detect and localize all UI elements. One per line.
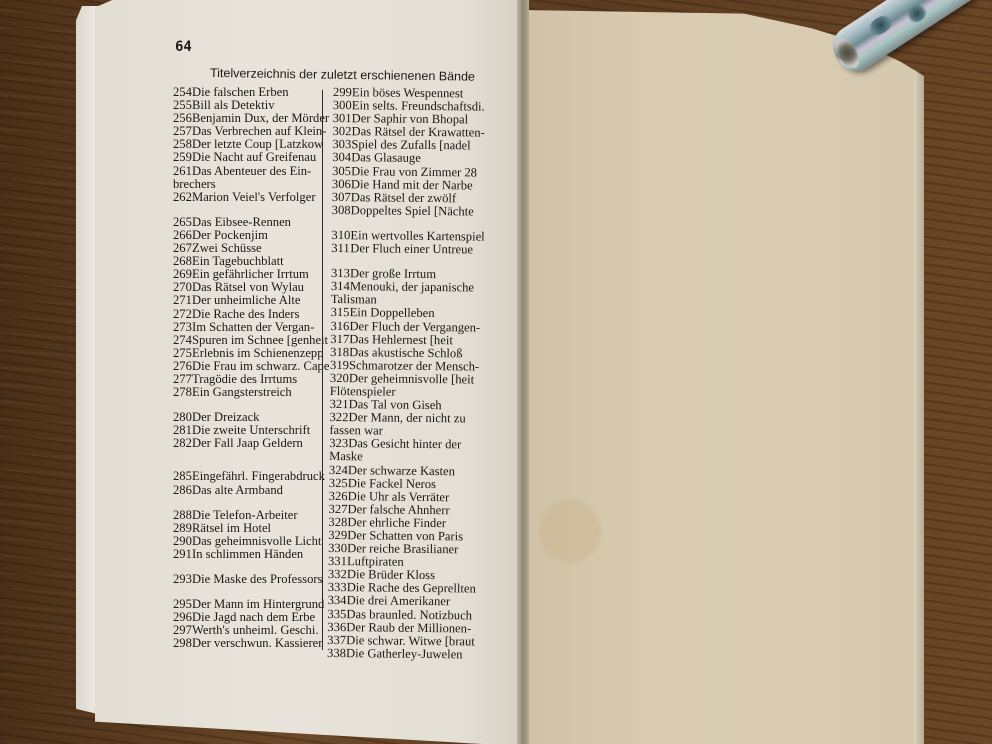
page-edge-shadow	[914, 70, 924, 744]
volume-number: 289	[173, 522, 192, 535]
right-page-blank	[524, 10, 924, 744]
volume-title: Erlebnis im Schienenzepp	[192, 347, 333, 360]
list-item: 282Der Fall Jaap Geldern	[173, 437, 333, 450]
list-item: 290Das geheimnisvolle Licht	[173, 535, 333, 548]
list-item: 298Der verschwun. Kassierer	[173, 637, 333, 650]
volume-title: Die Nacht auf Greifenau	[192, 151, 333, 164]
volume-number: 336	[327, 621, 346, 634]
volume-number: 326	[329, 490, 348, 503]
volume-number: 273	[173, 321, 192, 334]
volume-title: Das Eibsee-Rennen	[192, 216, 333, 229]
volume-number: 324	[329, 464, 348, 477]
volume-number: 275	[173, 347, 192, 360]
column-divider	[322, 90, 323, 650]
volume-title: In schlimmen Händen	[192, 548, 333, 561]
volume-title: Die Maske des Professors	[192, 573, 333, 586]
spacer	[173, 450, 333, 470]
page-number: 64	[175, 39, 192, 55]
volume-number: 306	[332, 178, 351, 191]
volume-number: 335	[327, 608, 346, 621]
list-item: 293Die Maske des Professors	[173, 573, 333, 586]
list-item: 265Das Eibsee-Rennen	[173, 216, 333, 229]
volume-number: 315	[331, 306, 350, 319]
page-stain	[538, 497, 602, 565]
volume-title: Ein Gangsterstreich	[192, 386, 333, 399]
volume-number: 271	[173, 294, 192, 307]
volume-number: 274	[173, 334, 192, 347]
title-list-left: 254Die falschen Erben255Bill als Detekti…	[173, 86, 333, 650]
volume-title: Eingefährl. Fingerabdruck	[192, 470, 333, 483]
volume-number: 286	[173, 484, 192, 497]
list-item: 278Ein Gangsterstreich	[173, 386, 333, 399]
volume-number: 338	[327, 647, 346, 660]
volume-number: 293	[173, 573, 192, 586]
volume-title: Marion Veiel's Verfolger	[192, 191, 333, 204]
list-item: 311Der Fluch einer Untreue	[331, 242, 506, 257]
open-book: 64 Titelverzeichnis der zuletzt erschien…	[0, 0, 992, 744]
list-item: 271Der unheimliche Alte	[173, 294, 333, 307]
volume-title: Der Fall Jaap Geldern	[192, 437, 333, 450]
volume-title: Das geheimnisvolle Licht	[192, 535, 333, 548]
list-item: 291In schlimmen Händen	[173, 548, 333, 561]
volume-number: 334	[328, 594, 347, 607]
shell-pattern	[903, 1, 930, 26]
volume-number: 298	[173, 637, 192, 650]
volume-number: 290	[173, 535, 192, 548]
volume-number: 276	[173, 360, 192, 373]
title-list-right: 299Ein böses Wespennest300Ein selts. Fre…	[327, 86, 508, 662]
volume-number: 261	[173, 165, 192, 178]
volume-number: 278	[173, 386, 192, 399]
volume-number: 259	[173, 151, 192, 164]
volume-number: 318	[330, 346, 349, 359]
list-item: 288Die Telefon-Arbeiter	[173, 509, 333, 522]
volume-title-continuation: brechers	[173, 178, 333, 191]
volume-number: 285	[173, 470, 192, 483]
volume-title: Spuren im Schnee [genheit	[192, 334, 333, 347]
volume-number: 325	[329, 477, 348, 490]
volume-title: Die Gatherley-Juwelen	[346, 647, 502, 662]
volume-number: 316	[330, 319, 349, 332]
volume-title: Das Abenteuer des Ein-	[192, 165, 333, 178]
volume-title: Im Schatten der Vergan-	[192, 321, 333, 334]
list-item: 274Spuren im Schnee [genheit	[173, 334, 333, 347]
list-item: 262Marion Veiel's Verfolger	[173, 191, 333, 204]
volume-number: 265	[173, 216, 192, 229]
list-item: 273Im Schatten der Vergan-	[173, 321, 333, 334]
volume-number: 291	[173, 548, 192, 561]
volume-title: Der unheimliche Alte	[192, 294, 333, 307]
list-item: 338Die Gatherley-Juwelen	[327, 647, 502, 662]
list-item: 286Das alte Armband	[173, 484, 333, 497]
book-gutter	[517, 0, 529, 744]
volume-title: Rätsel im Hotel	[192, 522, 333, 535]
volume-number: 288	[173, 509, 192, 522]
list-item: 275Erlebnis im Schienenzepp	[173, 347, 333, 360]
list-item: 285Eingefährl. Fingerabdruck	[173, 470, 333, 483]
list-item: 289Rätsel im Hotel	[173, 522, 333, 535]
volume-title: Die Frau im schwarz. Cape	[192, 360, 333, 373]
list-item: 272Die Rache des Inders	[173, 308, 333, 321]
volume-number: 304	[332, 151, 351, 164]
volume-title: Das alte Armband	[192, 484, 333, 497]
volume-number: 317	[330, 333, 349, 346]
volume-number: 282	[173, 437, 192, 450]
list-item: 259Die Nacht auf Greifenau	[173, 151, 333, 164]
volume-number: 262	[173, 191, 192, 204]
volume-number: 308	[332, 204, 351, 217]
shell-pattern	[864, 11, 896, 40]
volume-title: Doppeltes Spiel [Nächte	[351, 204, 507, 219]
volume-title: Der Fluch einer Untreue	[350, 242, 506, 257]
list-item: 308Doppeltes Spiel [Nächte	[332, 204, 507, 219]
volume-title: Der verschwun. Kassierer	[192, 637, 333, 650]
volume-title: Die Rache des Inders	[192, 308, 333, 321]
volume-number: 272	[173, 308, 192, 321]
volume-title: Das Gesicht hinter der	[348, 438, 504, 453]
volume-number: 311	[331, 242, 350, 255]
volume-number: 305	[332, 165, 351, 178]
list-item: 276Die Frau im schwarz. Cape	[173, 360, 333, 373]
volume-title: Die Telefon-Arbeiter	[192, 509, 333, 522]
spacer	[173, 497, 333, 509]
list-item: 261Das Abenteuer des Ein-	[173, 165, 333, 178]
